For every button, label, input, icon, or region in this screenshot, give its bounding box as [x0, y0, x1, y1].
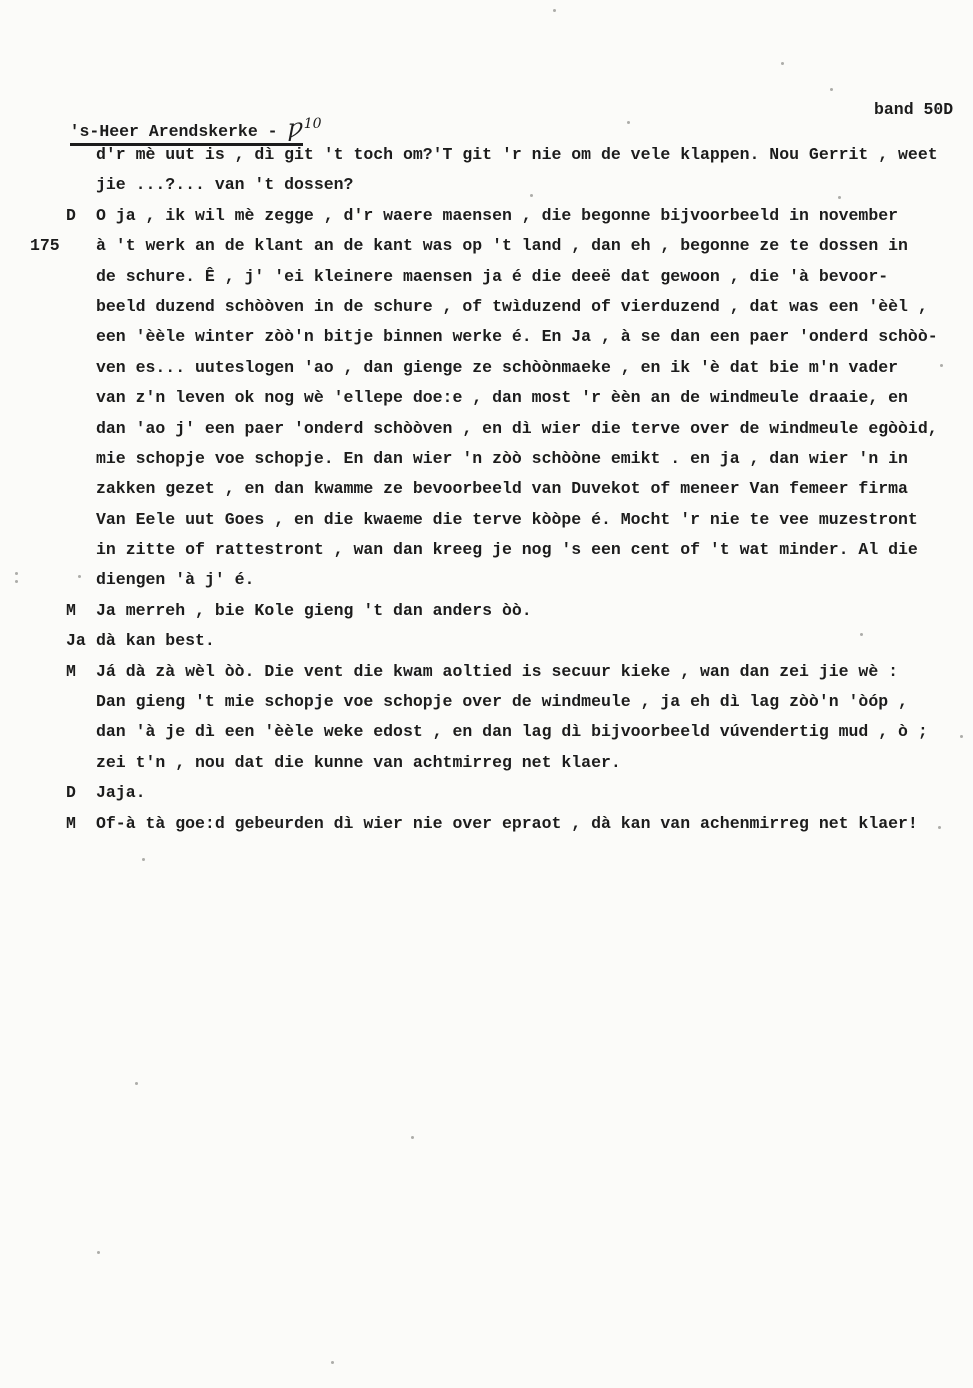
- transcript-line: mie schopje voe schopje. En dan wier 'n …: [0, 444, 973, 474]
- transcript-text: ven es... uuteslogen 'ao , dan gienge ze…: [96, 353, 898, 383]
- transcript-line: in zitte of rattestront , wan dan kreeg …: [0, 535, 973, 565]
- scan-speck: [135, 1082, 138, 1085]
- transcript-text: dan 'ao j' een paer 'onderd schòòven , e…: [96, 414, 938, 444]
- transcript-text: Já dà zà wèl òò. Die vent die kwam aolti…: [96, 657, 898, 687]
- scan-speck: [938, 826, 941, 829]
- transcript-text: beeld duzend schòòven in de schure , of …: [96, 292, 928, 322]
- transcript-text: zakken gezet , en dan kwamme ze bevoorbe…: [96, 474, 908, 504]
- transcript-line: zei t'n , nou dat die kunne van achtmirr…: [0, 748, 973, 778]
- transcript-line: dan 'ao j' een paer 'onderd schòòven , e…: [0, 414, 973, 444]
- scan-speck: [15, 580, 18, 583]
- scan-speck: [960, 735, 963, 738]
- speaker-label: D: [66, 201, 76, 231]
- transcript-line: jie ...?... van 't dossen?: [0, 170, 973, 200]
- transcript-text: de schure. Ê , j' 'ei kleinere maensen j…: [96, 262, 888, 292]
- scanned-transcript-page: 's-Heer Arendskerke - ƿ10 band 50D d'r m…: [0, 0, 973, 1388]
- transcript-line: DO ja , ik wil mè zegge , d'r waere maen…: [0, 201, 973, 231]
- transcript-line: de schure. Ê , j' 'ei kleinere maensen j…: [0, 262, 973, 292]
- transcript-line: een 'èèle winter zòò'n bitje binnen werk…: [0, 322, 973, 352]
- transcript-line: DJaja.: [0, 778, 973, 808]
- scan-speck: [78, 575, 81, 578]
- transcript-text: diengen 'à j' é.: [96, 565, 254, 595]
- speaker-label: D: [66, 778, 76, 808]
- transcript-text: jie ...?... van 't dossen?: [96, 170, 353, 200]
- scan-speck: [781, 62, 784, 65]
- transcript-text: mie schopje voe schopje. En dan wier 'n …: [96, 444, 908, 474]
- transcript-text: van z'n leven ok nog wè 'ellepe doe:e , …: [96, 383, 908, 413]
- transcript: d'r mè uut is , dì git 't toch om?'T git…: [0, 140, 973, 839]
- scan-speck: [530, 194, 533, 197]
- transcript-line: ven es... uuteslogen 'ao , dan gienge ze…: [0, 353, 973, 383]
- scan-speck: [860, 633, 863, 636]
- transcript-line: zakken gezet , en dan kwamme ze bevoorbe…: [0, 474, 973, 504]
- transcript-text: een 'èèle winter zòò'n bitje binnen werk…: [96, 322, 938, 352]
- transcript-text: in zitte of rattestront , wan dan kreeg …: [96, 535, 918, 565]
- transcript-line: dan 'à je dì een 'èèle weke edost , en d…: [0, 717, 973, 747]
- speaker-label: Ja: [66, 626, 86, 656]
- scan-speck: [142, 858, 145, 861]
- transcript-line: Van Eele uut Goes , en die kwaeme die te…: [0, 505, 973, 535]
- transcript-text: Of-à tà goe:d gebeurden dì wier nie over…: [96, 809, 918, 839]
- transcript-line: MJa merreh , bie Kole gieng 't dan ander…: [0, 596, 973, 626]
- scan-speck: [940, 364, 943, 367]
- transcript-line: Dan gieng 't mie schopje voe schopje ove…: [0, 687, 973, 717]
- transcript-text: Van Eele uut Goes , en die kwaeme die te…: [96, 505, 918, 535]
- margin-line-number: 175: [30, 231, 60, 261]
- scan-speck: [15, 572, 18, 575]
- scan-speck: [627, 121, 630, 124]
- transcript-text: d'r mè uut is , dì git 't toch om?'T git…: [96, 140, 938, 170]
- transcript-line: Jadà kan best.: [0, 626, 973, 656]
- transcript-line: 175à 't werk an de klant an de kant was …: [0, 231, 973, 261]
- transcript-text: zei t'n , nou dat die kunne van achtmirr…: [96, 748, 621, 778]
- scan-speck: [331, 1361, 334, 1364]
- transcript-line: beeld duzend schòòven in de schure , of …: [0, 292, 973, 322]
- transcript-line: d'r mè uut is , dì git 't toch om?'T git…: [0, 140, 973, 170]
- transcript-line: MOf-à tà goe:d gebeurden dì wier nie ove…: [0, 809, 973, 839]
- scan-speck: [411, 1136, 414, 1139]
- location-title-text: 's-Heer Arendskerke -: [70, 122, 288, 141]
- transcript-text: Jaja.: [96, 778, 146, 808]
- scan-speck: [838, 196, 841, 199]
- speaker-label: M: [66, 809, 76, 839]
- transcript-text: Ja merreh , bie Kole gieng 't dan anders…: [96, 596, 532, 626]
- handwritten-page-mark: ƿ: [287, 114, 302, 142]
- transcript-line: diengen 'à j' é.: [0, 565, 973, 595]
- handwritten-page-number: 10: [304, 116, 322, 132]
- band-label: band 50D: [874, 100, 953, 119]
- scan-speck: [553, 9, 556, 12]
- transcript-line: van z'n leven ok nog wè 'ellepe doe:e , …: [0, 383, 973, 413]
- transcript-text: dà kan best.: [96, 626, 215, 656]
- transcript-line: MJá dà zà wèl òò. Die vent die kwam aolt…: [0, 657, 973, 687]
- transcript-text: O ja , ik wil mè zegge , d'r waere maens…: [96, 201, 898, 231]
- speaker-label: M: [66, 596, 76, 626]
- speaker-label: M: [66, 657, 76, 687]
- scan-speck: [97, 1251, 100, 1254]
- scan-speck: [830, 88, 833, 91]
- transcript-text: Dan gieng 't mie schopje voe schopje ove…: [96, 687, 908, 717]
- transcript-text: à 't werk an de klant an de kant was op …: [96, 231, 908, 261]
- transcript-text: dan 'à je dì een 'èèle weke edost , en d…: [96, 717, 928, 747]
